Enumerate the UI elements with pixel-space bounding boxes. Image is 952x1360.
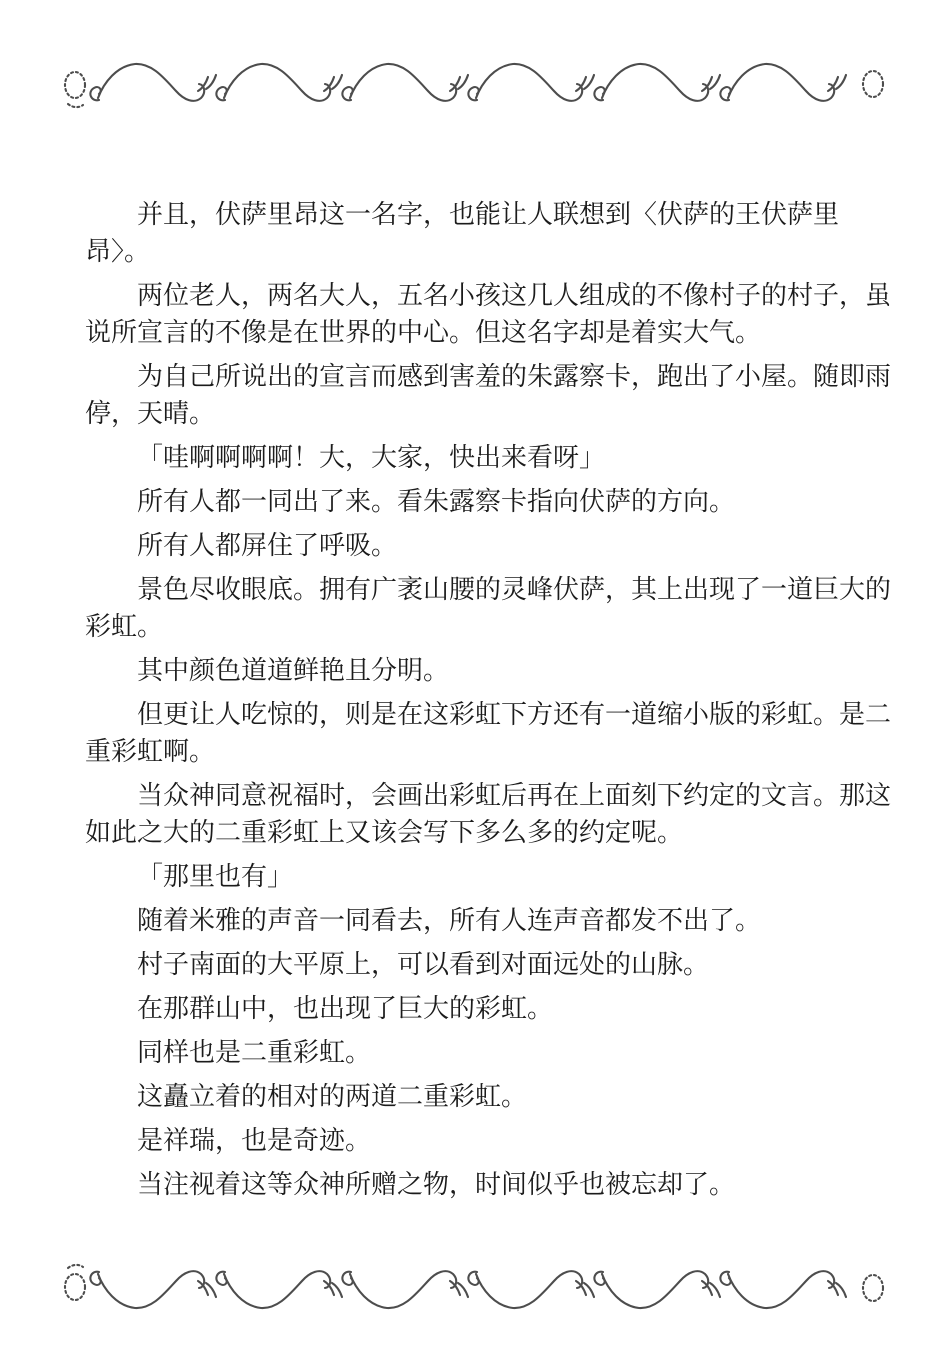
- paragraph-12: 随着米雅的声音一同看去，所有人连声音都发不出了。: [85, 902, 893, 939]
- paragraph-9: 但更让人吃惊的，则是在这彩虹下方还有一道缩小版的彩虹。是二重彩虹啊。: [85, 696, 893, 770]
- book-page: 并且，伏萨里昂这一名字，也能让人联想到〈伏萨的王伏萨里昂〉。 两位老人，两名大人…: [0, 0, 952, 1360]
- flourish-icon: [60, 54, 892, 110]
- flourish-top-ornament: [60, 54, 892, 110]
- paragraph-14: 在那群山中，也出现了巨大的彩虹。: [85, 990, 893, 1027]
- paragraph-18: 当注视着这等众神所赠之物，时间似乎也被忘却了。: [85, 1166, 893, 1203]
- paragraph-1: 并且，伏萨里昂这一名字，也能让人联想到〈伏萨的王伏萨里昂〉。: [85, 196, 893, 270]
- paragraph-6: 所有人都屏住了呼吸。: [85, 527, 893, 564]
- paragraph-11-dialogue: 「那里也有」: [85, 858, 893, 895]
- paragraph-2: 两位老人，两名大人，五名小孩这几人组成的不像村子的村子，虽说所宣言的不像是在世界…: [85, 277, 893, 351]
- flourish-icon: [60, 1262, 892, 1318]
- paragraph-7: 景色尽收眼底。拥有广袤山腰的灵峰伏萨，其上出现了一道巨大的彩虹。: [85, 571, 893, 645]
- paragraph-17: 是祥瑞，也是奇迹。: [85, 1122, 893, 1159]
- paragraph-4-dialogue: 「哇啊啊啊啊！大，大家，快出来看呀」: [85, 439, 893, 476]
- flourish-bottom-ornament: [60, 1262, 892, 1318]
- paragraph-15: 同样也是二重彩虹。: [85, 1034, 893, 1071]
- text-block: 并且，伏萨里昂这一名字，也能让人联想到〈伏萨的王伏萨里昂〉。 两位老人，两名大人…: [85, 196, 893, 1210]
- paragraph-13: 村子南面的大平原上，可以看到对面远处的山脉。: [85, 946, 893, 983]
- paragraph-16: 这矗立着的相对的两道二重彩虹。: [85, 1078, 893, 1115]
- paragraph-10: 当众神同意祝福时，会画出彩虹后再在上面刻下约定的文言。那这如此之大的二重彩虹上又…: [85, 777, 893, 851]
- paragraph-8: 其中颜色道道鲜艳且分明。: [85, 652, 893, 689]
- paragraph-3: 为自己所说出的宣言而感到害羞的朱露察卡，跑出了小屋。随即雨停，天晴。: [85, 358, 893, 432]
- paragraph-5: 所有人都一同出了来。看朱露察卡指向伏萨的方向。: [85, 483, 893, 520]
